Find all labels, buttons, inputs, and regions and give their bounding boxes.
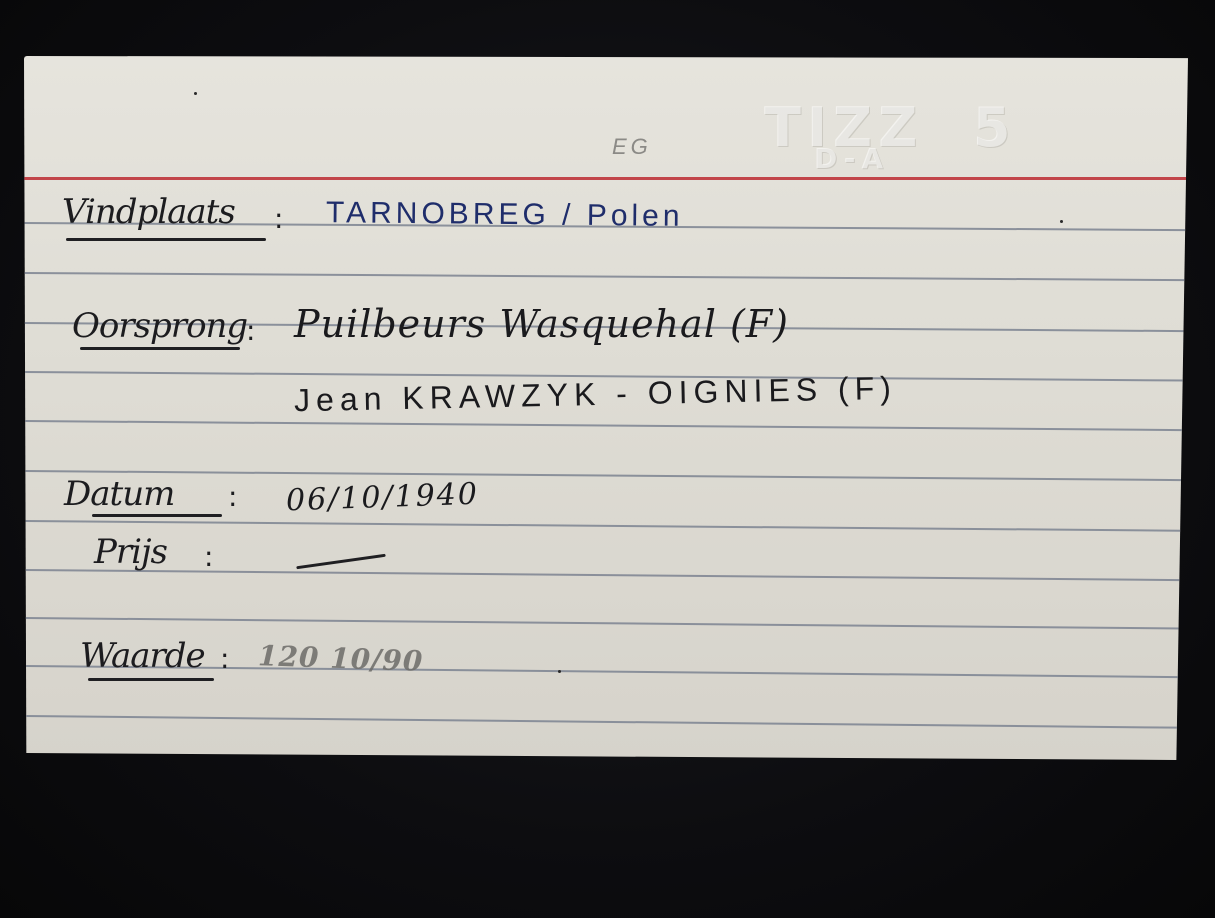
colon: : (220, 642, 229, 675)
label-underline (92, 514, 222, 517)
colon: : (228, 480, 237, 513)
field-label-oorsprong: Oorsprong (72, 306, 247, 346)
ruled-line (24, 617, 1188, 630)
ruled-line (24, 470, 1188, 481)
paper-speck (558, 670, 561, 673)
field-label-datum: Datum (64, 474, 174, 514)
ruled-line (24, 569, 1188, 581)
embossed-impression: TIZZ 5 (764, 96, 1016, 159)
embossed-impression-2: D-A (814, 142, 889, 175)
field-value-oorsprong-line-1: Puilbeurs Wasquehal (F) (294, 302, 789, 346)
field-label-prijs: Prijs (94, 532, 167, 572)
prijs-empty-dash (296, 554, 386, 569)
field-value-vindplaats: TARNOBREG / Polen (326, 196, 684, 234)
field-value-oorsprong-line-2: Jean KRAWZYK - OIGNIES (F) (294, 370, 898, 420)
paper-speck (1060, 220, 1063, 223)
label-underline (88, 678, 214, 681)
header-red-line (24, 177, 1188, 180)
field-label-vindplaats: Vindplaats (62, 192, 235, 232)
label-underline (66, 238, 266, 241)
paper-speck (194, 92, 197, 95)
colon: : (204, 540, 213, 573)
index-card: EG TIZZ 5 D-A Vindplaats : TARNOBREG / P… (24, 56, 1188, 760)
pencil-mark: EG (612, 134, 652, 160)
ruled-line (24, 715, 1188, 729)
ruled-line (24, 520, 1188, 532)
label-underline (80, 347, 240, 350)
field-label-waarde: Waarde (80, 636, 205, 676)
field-value-waarde: 120 10/90 (257, 639, 423, 678)
ruled-line (24, 272, 1188, 281)
ruled-line (24, 420, 1188, 431)
colon: : (246, 314, 255, 347)
field-value-datum: 06/10/1940 (285, 477, 479, 519)
colon: : (274, 202, 283, 235)
